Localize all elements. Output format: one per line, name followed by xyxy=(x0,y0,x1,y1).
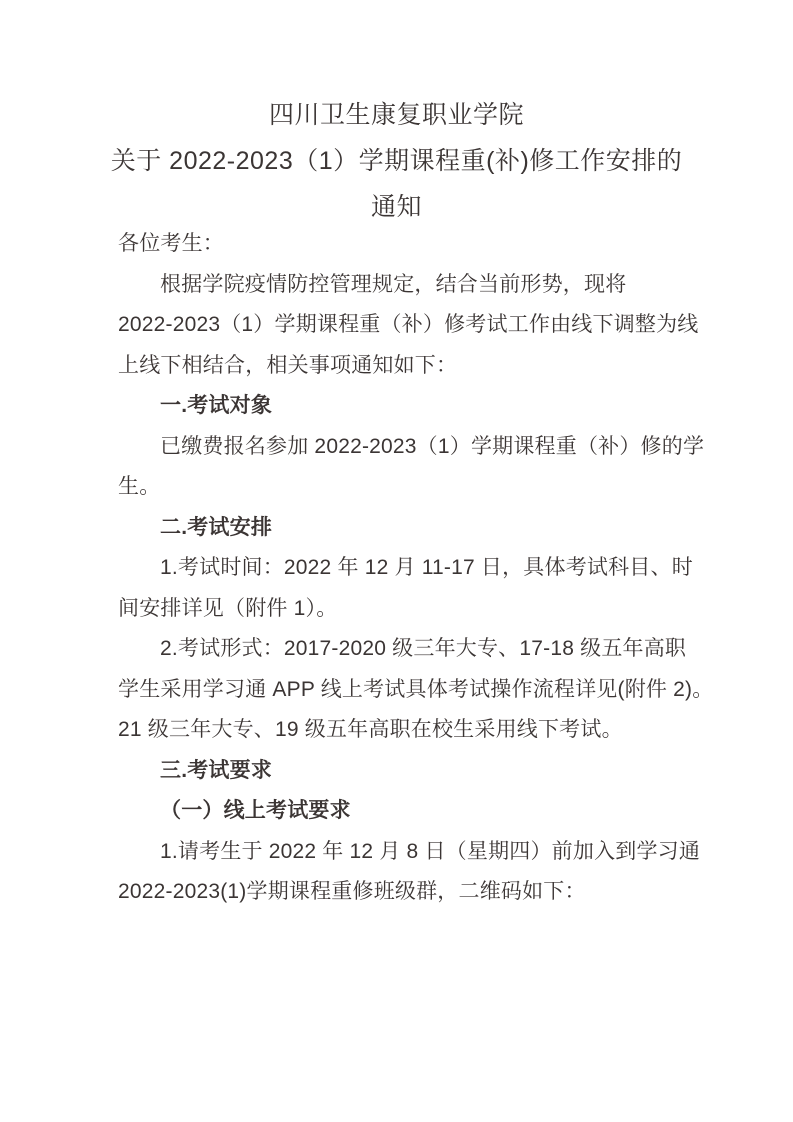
online-requirement-paragraph-line-1: 1.请考生于 2022 年 12 月 8 日（星期四）前加入到学习通 xyxy=(118,832,678,873)
notice-title: 四川卫生康复职业学院 关于 2022-2023（1）学期课程重(补)修工作安排的… xyxy=(0,92,793,230)
salutation-line: 各位考生： xyxy=(118,224,678,265)
intro-paragraph-line-3: 上线下相结合，相关事项通知如下： xyxy=(118,346,678,387)
heading-exam-target: 一.考试对象 xyxy=(118,386,678,427)
exam-time-paragraph-line-1: 1.考试时间：2022 年 12 月 11-17 日，具体考试科目、时 xyxy=(118,548,678,589)
notice-title-line-1: 关于 2022-2023（1）学期课程重(补)修工作安排的 xyxy=(0,138,793,184)
subheading-online-exam-requirements: （一）线上考试要求 xyxy=(118,791,678,832)
school-name-title: 四川卫生康复职业学院 xyxy=(0,92,793,138)
intro-paragraph-line-2: 2022-2023（1）学期课程重（补）修考试工作由线下调整为线 xyxy=(118,305,678,346)
exam-time-paragraph-line-2: 间安排详见（附件 1）。 xyxy=(118,589,678,630)
exam-target-paragraph-line-2: 生。 xyxy=(118,467,678,508)
heading-exam-arrangement: 二.考试安排 xyxy=(118,508,678,549)
online-requirement-paragraph-line-2: 2022-2023(1)学期课程重修班级群，二维码如下： xyxy=(118,872,678,913)
notice-body: 各位考生： 根据学院疫情防控管理规定，结合当前形势，现将 2022-2023（1… xyxy=(118,224,678,913)
exam-format-paragraph-line-1: 2.考试形式：2017-2020 级三年大专、17-18 级五年高职 xyxy=(118,629,678,670)
exam-format-paragraph-line-2: 学生采用学习通 APP 线上考试具体考试操作流程详见(附件 2)。 xyxy=(118,670,678,711)
document-page: 四川卫生康复职业学院 关于 2022-2023（1）学期课程重(补)修工作安排的… xyxy=(0,0,793,1122)
exam-format-paragraph-line-3: 21 级三年大专、19 级五年高职在校生采用线下考试。 xyxy=(118,710,678,751)
exam-target-paragraph-line-1: 已缴费报名参加 2022-2023（1）学期课程重（补）修的学 xyxy=(118,427,678,468)
heading-exam-requirements: 三.考试要求 xyxy=(118,751,678,792)
intro-paragraph-line-1: 根据学院疫情防控管理规定，结合当前形势，现将 xyxy=(118,265,678,306)
